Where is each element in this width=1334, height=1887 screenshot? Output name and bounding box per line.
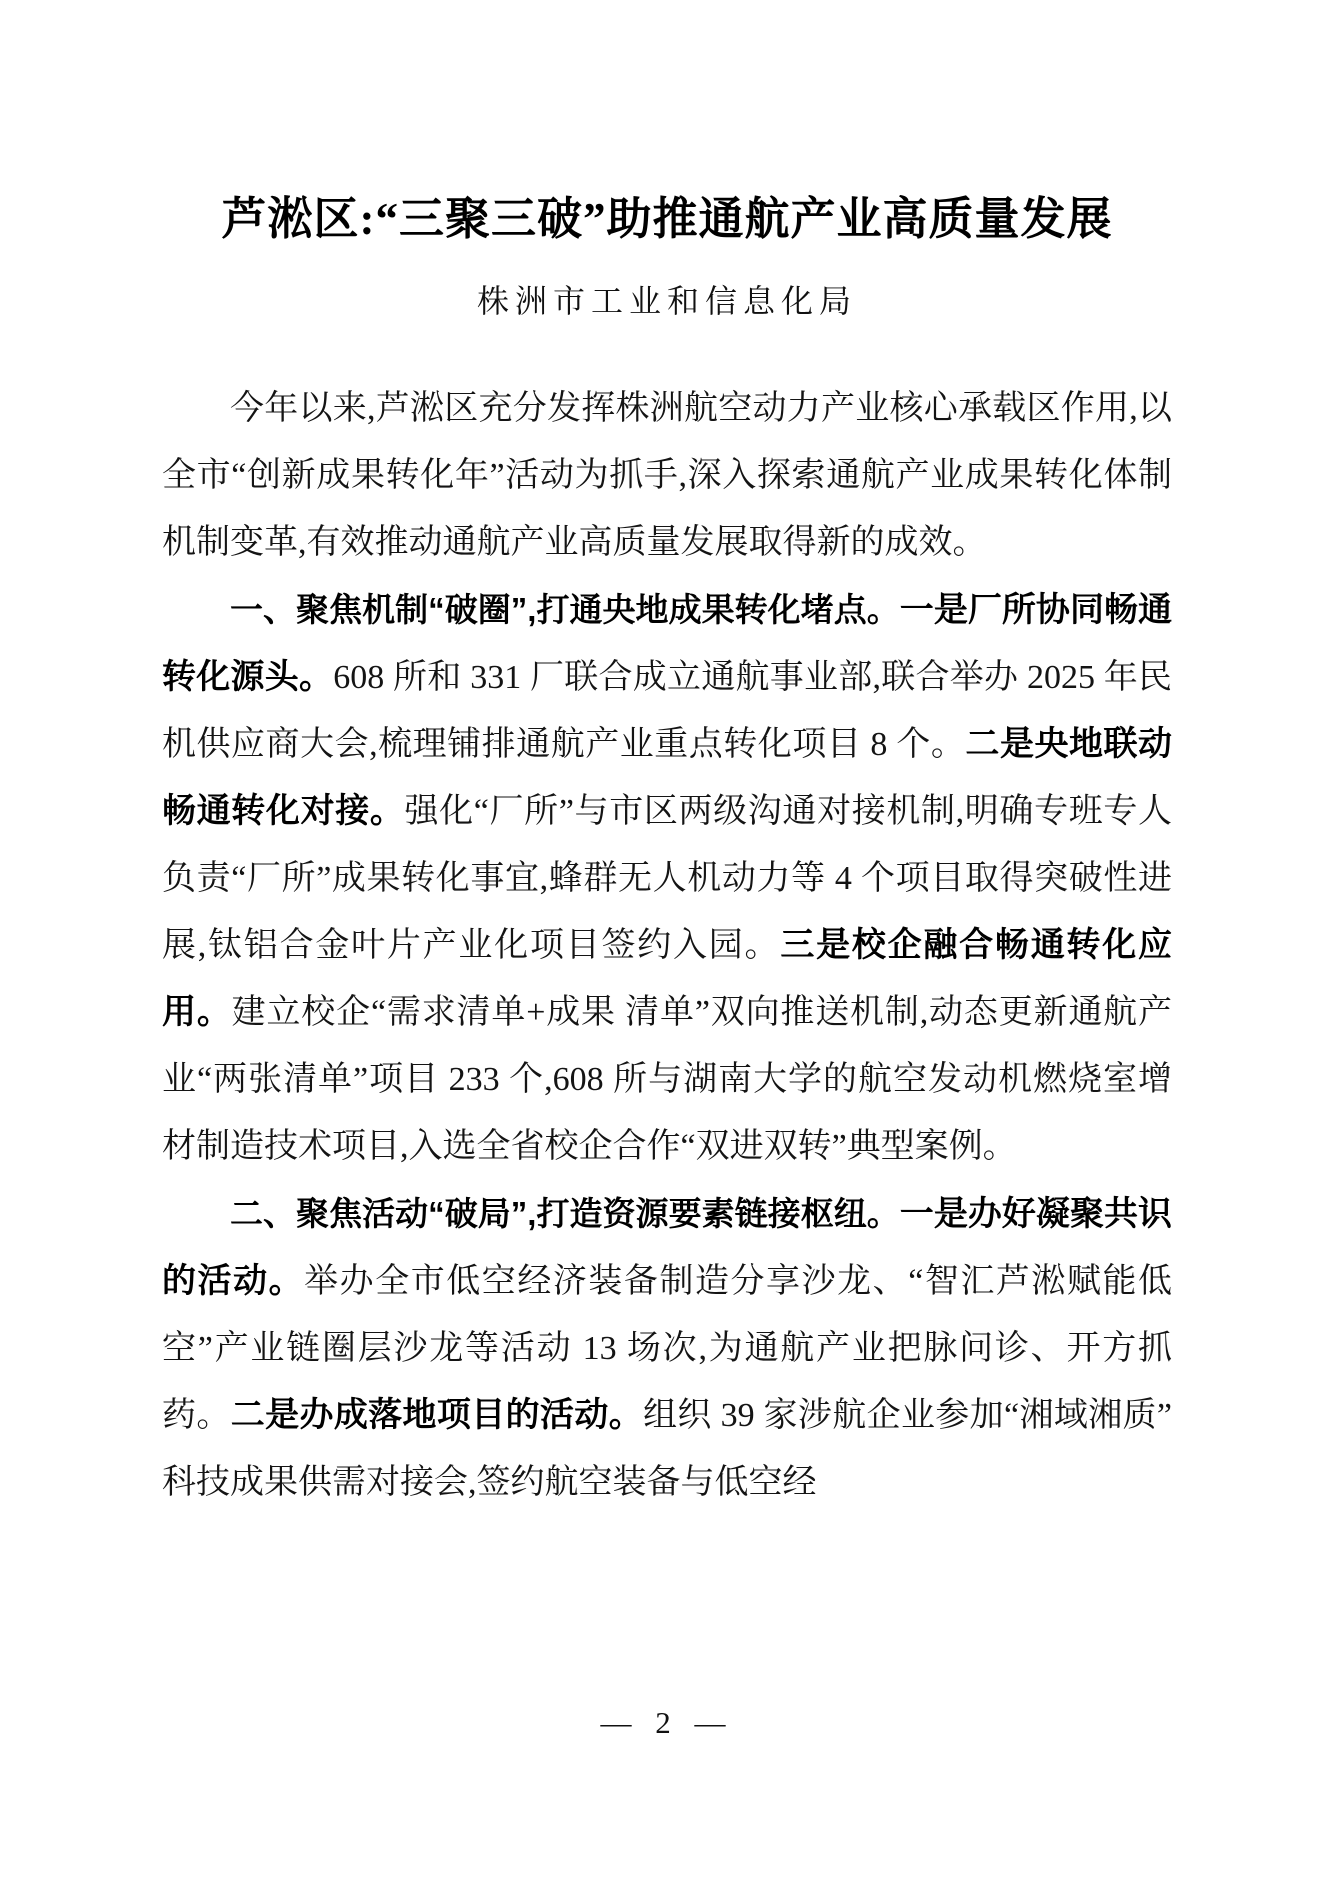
- text-run-heading: 二、聚焦活动“破局”,打造资源要素链接枢纽。: [230, 1195, 900, 1232]
- paragraph: 一、聚焦机制“破圈”,打通央地成果转化堵点。一是厂所协同畅通转化源头。608 所…: [162, 576, 1172, 1180]
- page-number: — 2 —: [0, 1705, 1334, 1741]
- document-page: 芦淞区:“三聚三破”助推通航产业高质量发展 株洲市工业和信息化局 今年以来,芦淞…: [0, 0, 1334, 1887]
- text-run-normal: 今年以来,芦淞区充分发挥株洲航空动力产业核心承载区作用,以全市“创新成果转化年”…: [162, 390, 1172, 561]
- text-run-normal: 建立校企“需求清单+成果 清单”双向推送机制,动态更新通航产业“两张清单”项目 …: [162, 994, 1172, 1165]
- document-author: 株洲市工业和信息化局: [0, 284, 1334, 319]
- paragraph: 今年以来,芦淞区充分发挥株洲航空动力产业核心承载区作用,以全市“创新成果转化年”…: [162, 375, 1172, 576]
- document-body: 今年以来,芦淞区充分发挥株洲航空动力产业核心承载区作用,以全市“创新成果转化年”…: [162, 375, 1172, 1516]
- paragraph: 二、聚焦活动“破局”,打造资源要素链接枢纽。一是办好凝聚共识的活动。举办全市低空…: [162, 1180, 1172, 1516]
- text-run-heading: 一、聚焦机制“破圈”,打通央地成果转化堵点。: [230, 591, 900, 628]
- text-run-subhead: 二是办成落地项目的活动。: [231, 1397, 643, 1434]
- document-title: 芦淞区:“三聚三破”助推通航产业高质量发展: [120, 192, 1214, 246]
